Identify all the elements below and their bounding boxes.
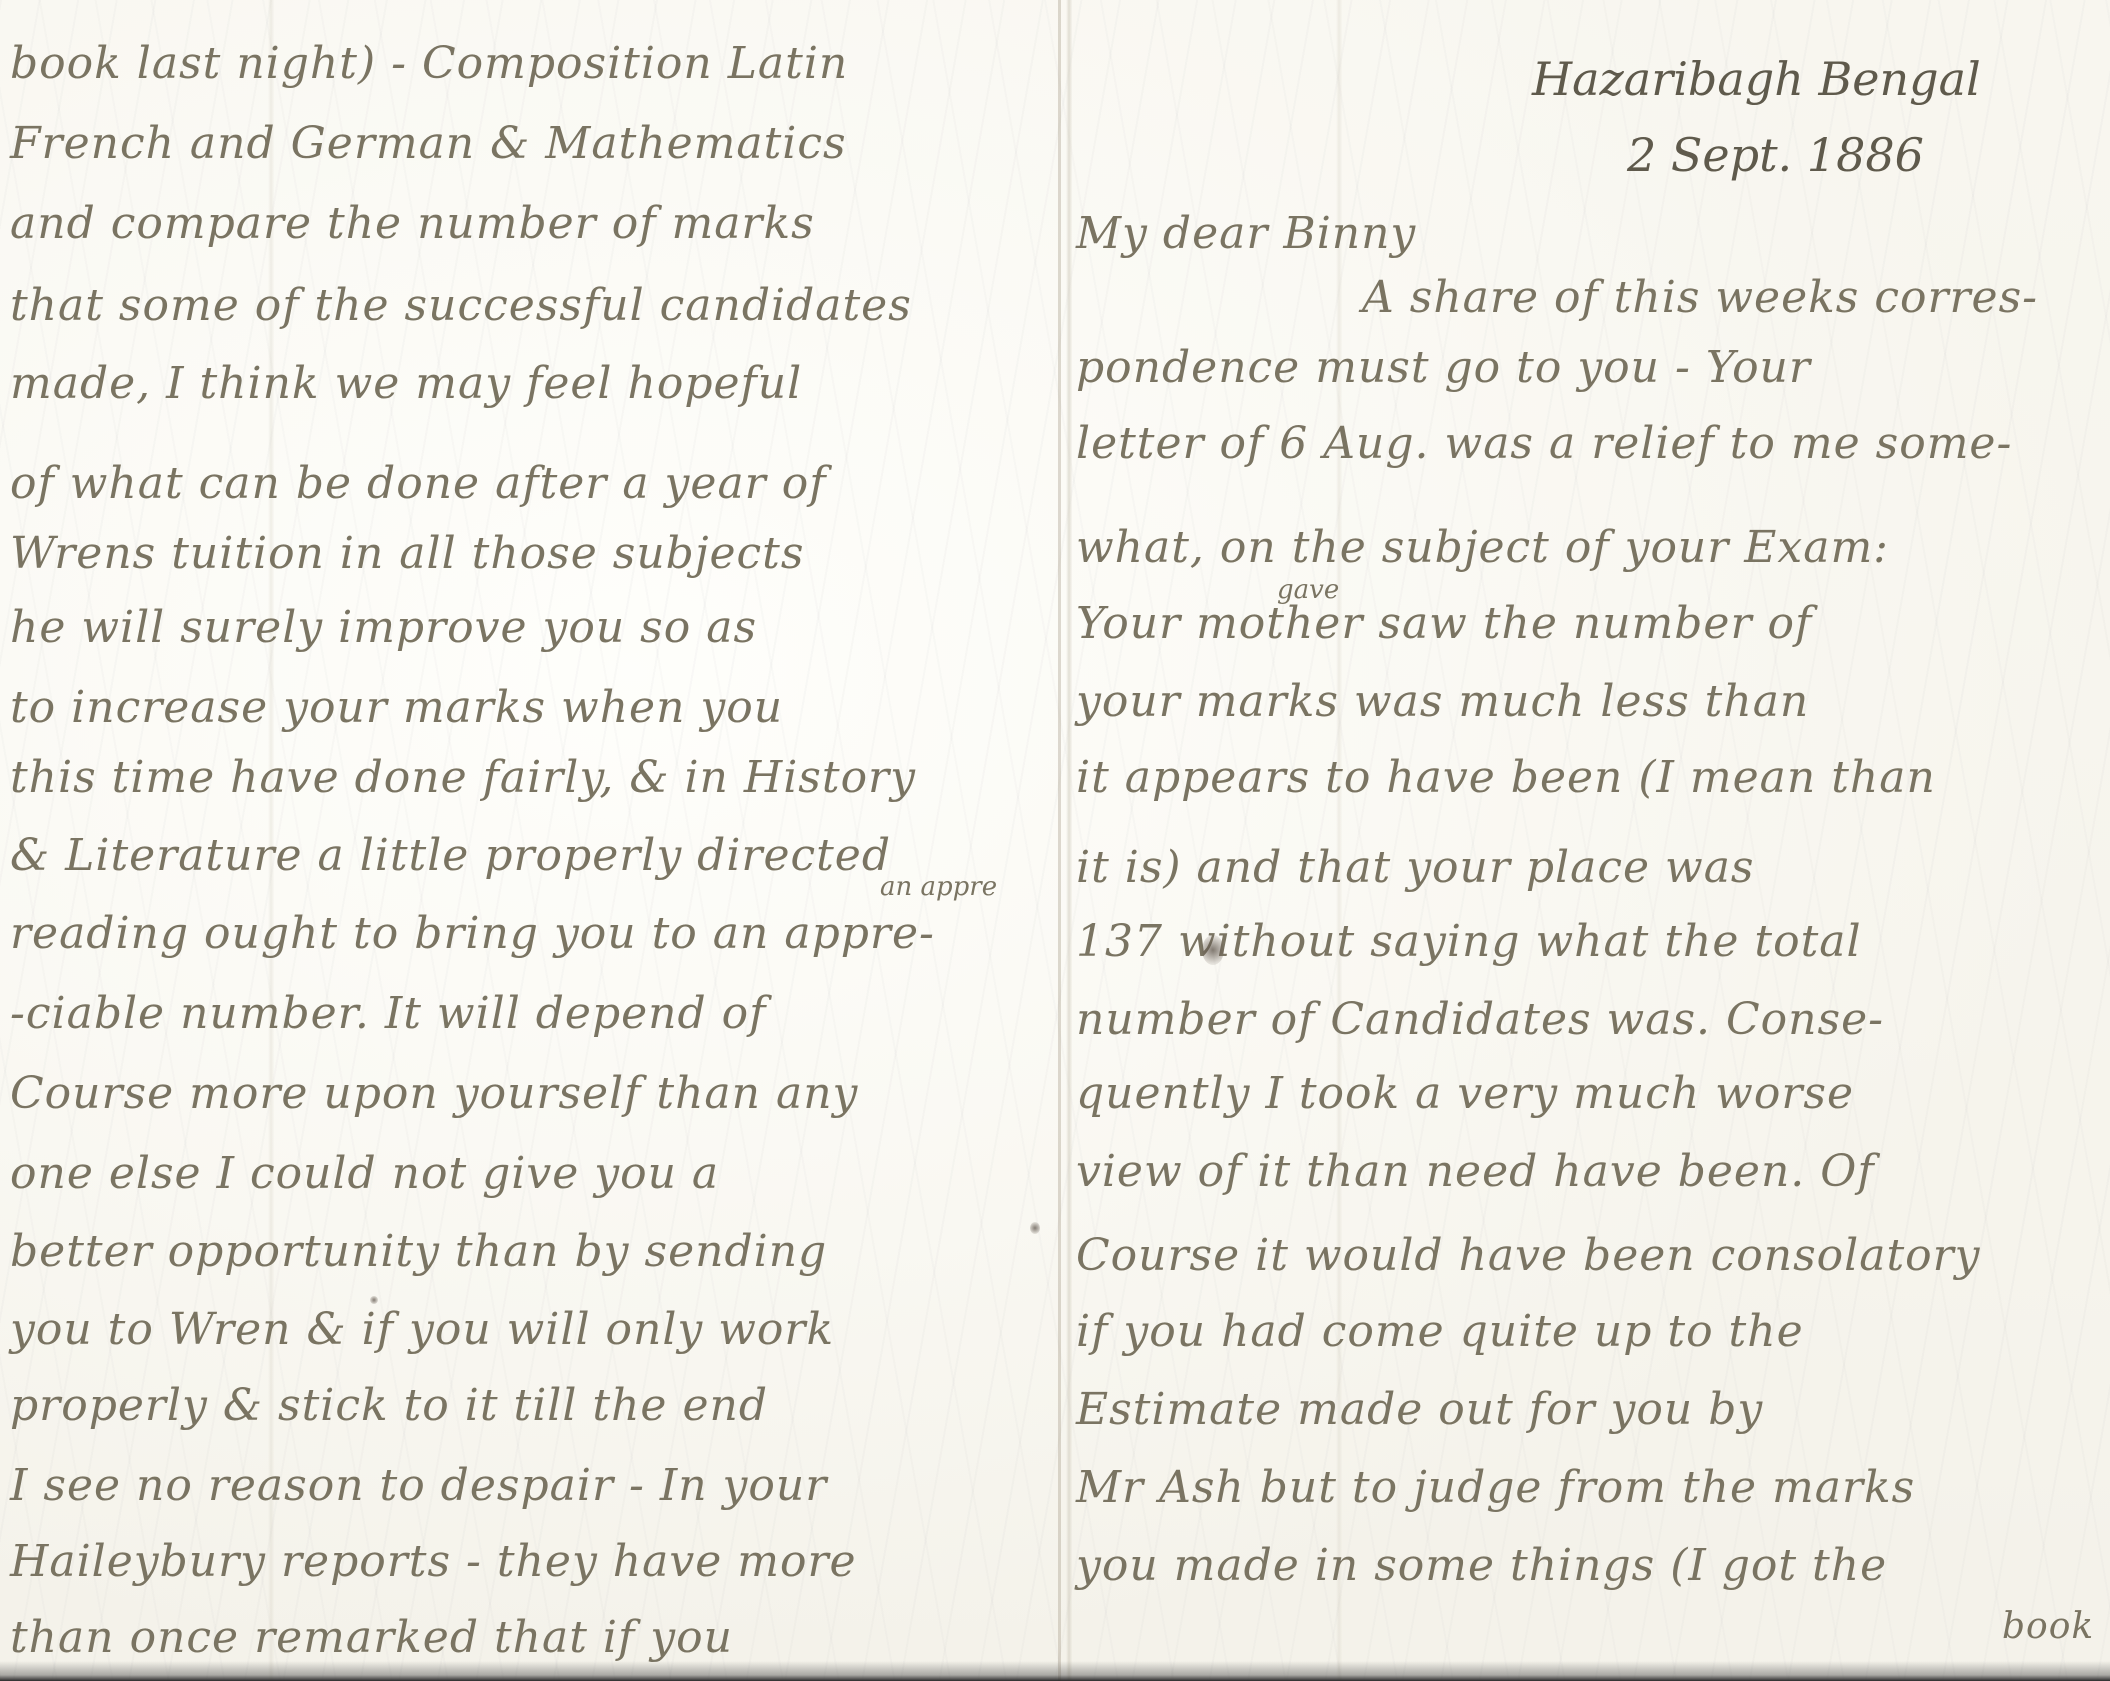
handwritten-line: French and German & Mathematics <box>10 118 847 169</box>
letter-date: 2 Sept. 1886 <box>1627 128 1924 182</box>
handwritten-line: number of Candidates was. Conse- <box>1076 994 1884 1045</box>
handwritten-line: better opportunity than by sending <box>10 1226 827 1277</box>
left-page: book last night) - Composition Latin Fre… <box>0 0 1058 1681</box>
handwritten-line: than once remarked that if you <box>10 1612 733 1663</box>
handwritten-line: quently I took a very much worse <box>1076 1068 1854 1119</box>
page-edge <box>1058 0 1061 1681</box>
handwritten-line: Haileybury reports - they have more <box>10 1536 857 1587</box>
handwritten-line: Course more upon yourself than any <box>10 1068 858 1119</box>
handwritten-line: you to Wren & if you will only work <box>10 1304 834 1355</box>
handwritten-line: Estimate made out for you by <box>1076 1384 1763 1435</box>
handwritten-line: and compare the number of marks <box>10 198 815 249</box>
handwritten-line: view of it than need have been. Of <box>1076 1146 1875 1197</box>
scan-bottom-edge <box>0 1661 2110 1681</box>
handwritten-line: it is) and that your place was <box>1076 842 1755 893</box>
handwritten-line: letter of 6 Aug. was a relief to me some… <box>1076 418 2012 469</box>
handwritten-line: what, on the subject of your Exam: <box>1076 522 1889 573</box>
handwritten-line: of what can be done after a year of <box>10 458 826 509</box>
letter-place: Hazaribagh Bengal <box>1532 52 1981 106</box>
handwritten-line: Your mother saw the number of <box>1076 598 1812 649</box>
right-page: Hazaribagh Bengal 2 Sept. 1886 My dear B… <box>1062 0 2110 1681</box>
handwritten-line: Course it would have been consolatory <box>1076 1230 1981 1281</box>
handwritten-line: one else I could not give you a <box>10 1148 719 1199</box>
handwritten-line: to increase your marks when you <box>10 682 783 733</box>
handwritten-line: book last night) - Composition Latin <box>10 38 848 89</box>
handwritten-line: reading ought to bring you to an appre- <box>10 908 935 959</box>
letter-salutation: My dear Binny <box>1076 208 1416 259</box>
ink-blot <box>1202 935 1224 965</box>
handwritten-line: made, I think we may feel hopeful <box>10 358 802 409</box>
handwritten-line: he will surely improve you so as <box>10 602 757 653</box>
ink-blot <box>1030 1222 1040 1234</box>
handwritten-line: that some of the successful candidates <box>10 280 912 331</box>
handwritten-line: I see no reason to despair - In your <box>10 1460 827 1511</box>
handwritten-line: this time have done fairly, & in History <box>10 752 916 803</box>
letter-scan: book last night) - Composition Latin Fre… <box>0 0 2110 1681</box>
handwritten-line: it appears to have been (I mean than <box>1076 752 1936 803</box>
handwritten-line: pondence must go to you - Your <box>1076 342 1811 393</box>
handwritten-line: A share of this weeks corres- <box>1362 272 2038 323</box>
handwritten-line: if you had come quite up to the <box>1076 1306 1804 1357</box>
handwritten-line: you made in some things (I got the <box>1076 1540 1887 1591</box>
ink-blot <box>370 1296 378 1304</box>
handwritten-line: -ciable number. It will depend of <box>10 988 766 1039</box>
catchword: book <box>2002 1606 2094 1647</box>
interlinear-insertion: an appre <box>880 872 997 902</box>
handwritten-line: your marks was much less than <box>1076 676 1809 727</box>
handwritten-line: Mr Ash but to judge from the marks <box>1076 1462 1915 1513</box>
handwritten-line: Wrens tuition in all those subjects <box>10 528 804 579</box>
handwritten-line: 137 without saying what the total <box>1076 916 1862 967</box>
handwritten-line: & Literature a little properly directed <box>10 830 891 881</box>
handwritten-line: properly & stick to it till the end <box>10 1380 768 1431</box>
